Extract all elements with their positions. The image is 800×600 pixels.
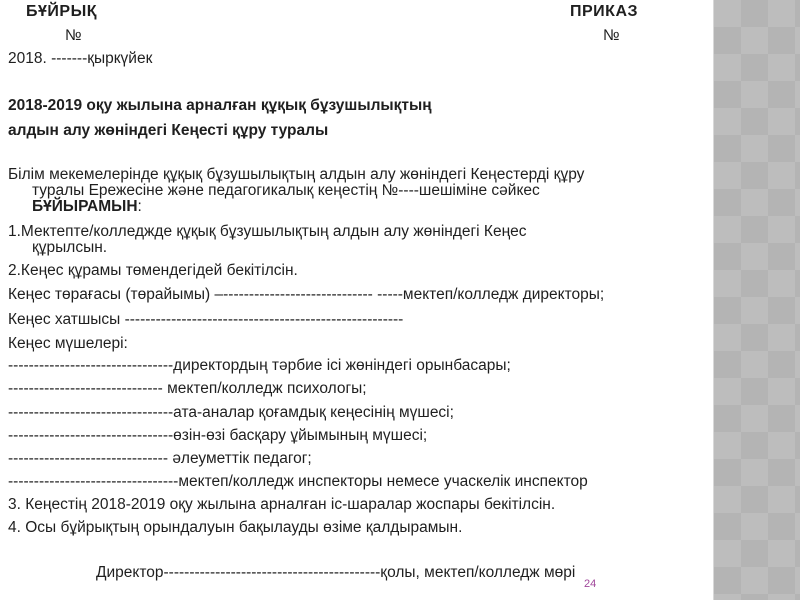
order-word-bold: БҰЙЫРАМЫН bbox=[32, 198, 138, 215]
council-chair: Кеңес төрағасы (төрайымы) –-------------… bbox=[8, 286, 604, 304]
order-date: 2018. -------қыркүйек bbox=[8, 50, 152, 68]
subject-line-1: 2018-2019 оқу жылына арналған құқық бұзу… bbox=[8, 97, 432, 115]
council-members-label: Кеңес мүшелері: bbox=[8, 335, 128, 353]
title-kazakh: БҰЙРЫҚ bbox=[26, 3, 97, 21]
member-line: --------------------------------өзін-өзі… bbox=[8, 427, 427, 445]
title-russian: ПРИКАЗ bbox=[570, 3, 638, 21]
council-secretary: Кеңес хатшысы --------------------------… bbox=[8, 311, 403, 329]
director-signature: Директор--------------------------------… bbox=[96, 564, 575, 582]
order-number-right: № bbox=[603, 27, 620, 45]
page-number: 24 bbox=[584, 578, 596, 590]
item-3: 3. Кеңестің 2018-2019 оқу жылына арналға… bbox=[8, 496, 555, 514]
member-line: ------------------------------ мектеп/ко… bbox=[8, 380, 367, 398]
item-4: 4. Осы бұйрықтың орындалуын бақылауды өз… bbox=[8, 519, 462, 537]
order-word: БҰЙЫРАМЫН: bbox=[32, 198, 142, 216]
item-1-line-2: құрылсын. bbox=[32, 239, 107, 257]
member-line: --------------------------------директор… bbox=[8, 357, 511, 375]
subject-line-2: алдын алу жөніндегі Кеңесті құру туралы bbox=[8, 122, 328, 140]
member-line: ------------------------------- әлеуметт… bbox=[8, 450, 312, 468]
decorative-side-panel bbox=[713, 0, 800, 600]
order-colon: : bbox=[138, 198, 142, 215]
member-line: ---------------------------------мектеп/… bbox=[8, 473, 588, 491]
member-line: --------------------------------ата-анал… bbox=[8, 404, 454, 422]
document-slide: БҰЙРЫҚ ПРИКАЗ № № 2018. -------қыркүйек … bbox=[0, 0, 713, 600]
item-2: 2.Кеңес құрамы төмендегідей бекітілсін. bbox=[8, 262, 298, 280]
order-number-left: № bbox=[65, 27, 82, 45]
